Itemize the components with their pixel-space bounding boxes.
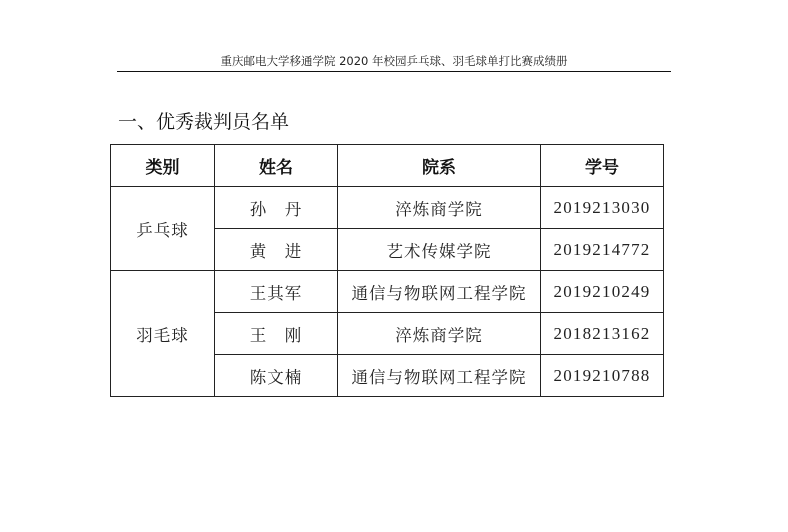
student-id-cell: 2019210249 — [541, 271, 664, 313]
document-header-title: 重庆邮电大学移通学院 2020 年校园乒乓球、羽毛球单打比赛成绩册 — [117, 53, 671, 69]
category-cell: 乒乓球 — [111, 187, 215, 271]
header-divider — [117, 71, 671, 72]
department-cell: 通信与物联网工程学院 — [338, 355, 541, 397]
department-cell: 艺术传媒学院 — [338, 229, 541, 271]
column-header-department: 院系 — [338, 145, 541, 187]
table-row: 羽毛球 王其军 通信与物联网工程学院 2019210249 — [111, 271, 664, 313]
name-cell: 王 刚 — [215, 313, 338, 355]
column-header-name: 姓名 — [215, 145, 338, 187]
category-cell: 羽毛球 — [111, 271, 215, 397]
department-cell: 淬炼商学院 — [338, 187, 541, 229]
department-cell: 淬炼商学院 — [338, 313, 541, 355]
student-id-cell: 2018213162 — [541, 313, 664, 355]
column-header-student-id: 学号 — [541, 145, 664, 187]
referee-table: 类别 姓名 院系 学号 乒乓球 孙 丹 淬炼商学院 2019213030 黄 进… — [110, 144, 664, 397]
name-cell: 陈文楠 — [215, 355, 338, 397]
name-cell: 王其军 — [215, 271, 338, 313]
table-row: 乒乓球 孙 丹 淬炼商学院 2019213030 — [111, 187, 664, 229]
name-cell: 孙 丹 — [215, 187, 338, 229]
name-cell: 黄 进 — [215, 229, 338, 271]
department-cell: 通信与物联网工程学院 — [338, 271, 541, 313]
student-id-cell: 2019210788 — [541, 355, 664, 397]
column-header-category: 类别 — [111, 145, 215, 187]
table-header-row: 类别 姓名 院系 学号 — [111, 145, 664, 187]
section-title: 一、优秀裁判员名单 — [118, 107, 289, 134]
student-id-cell: 2019213030 — [541, 187, 664, 229]
student-id-cell: 2019214772 — [541, 229, 664, 271]
